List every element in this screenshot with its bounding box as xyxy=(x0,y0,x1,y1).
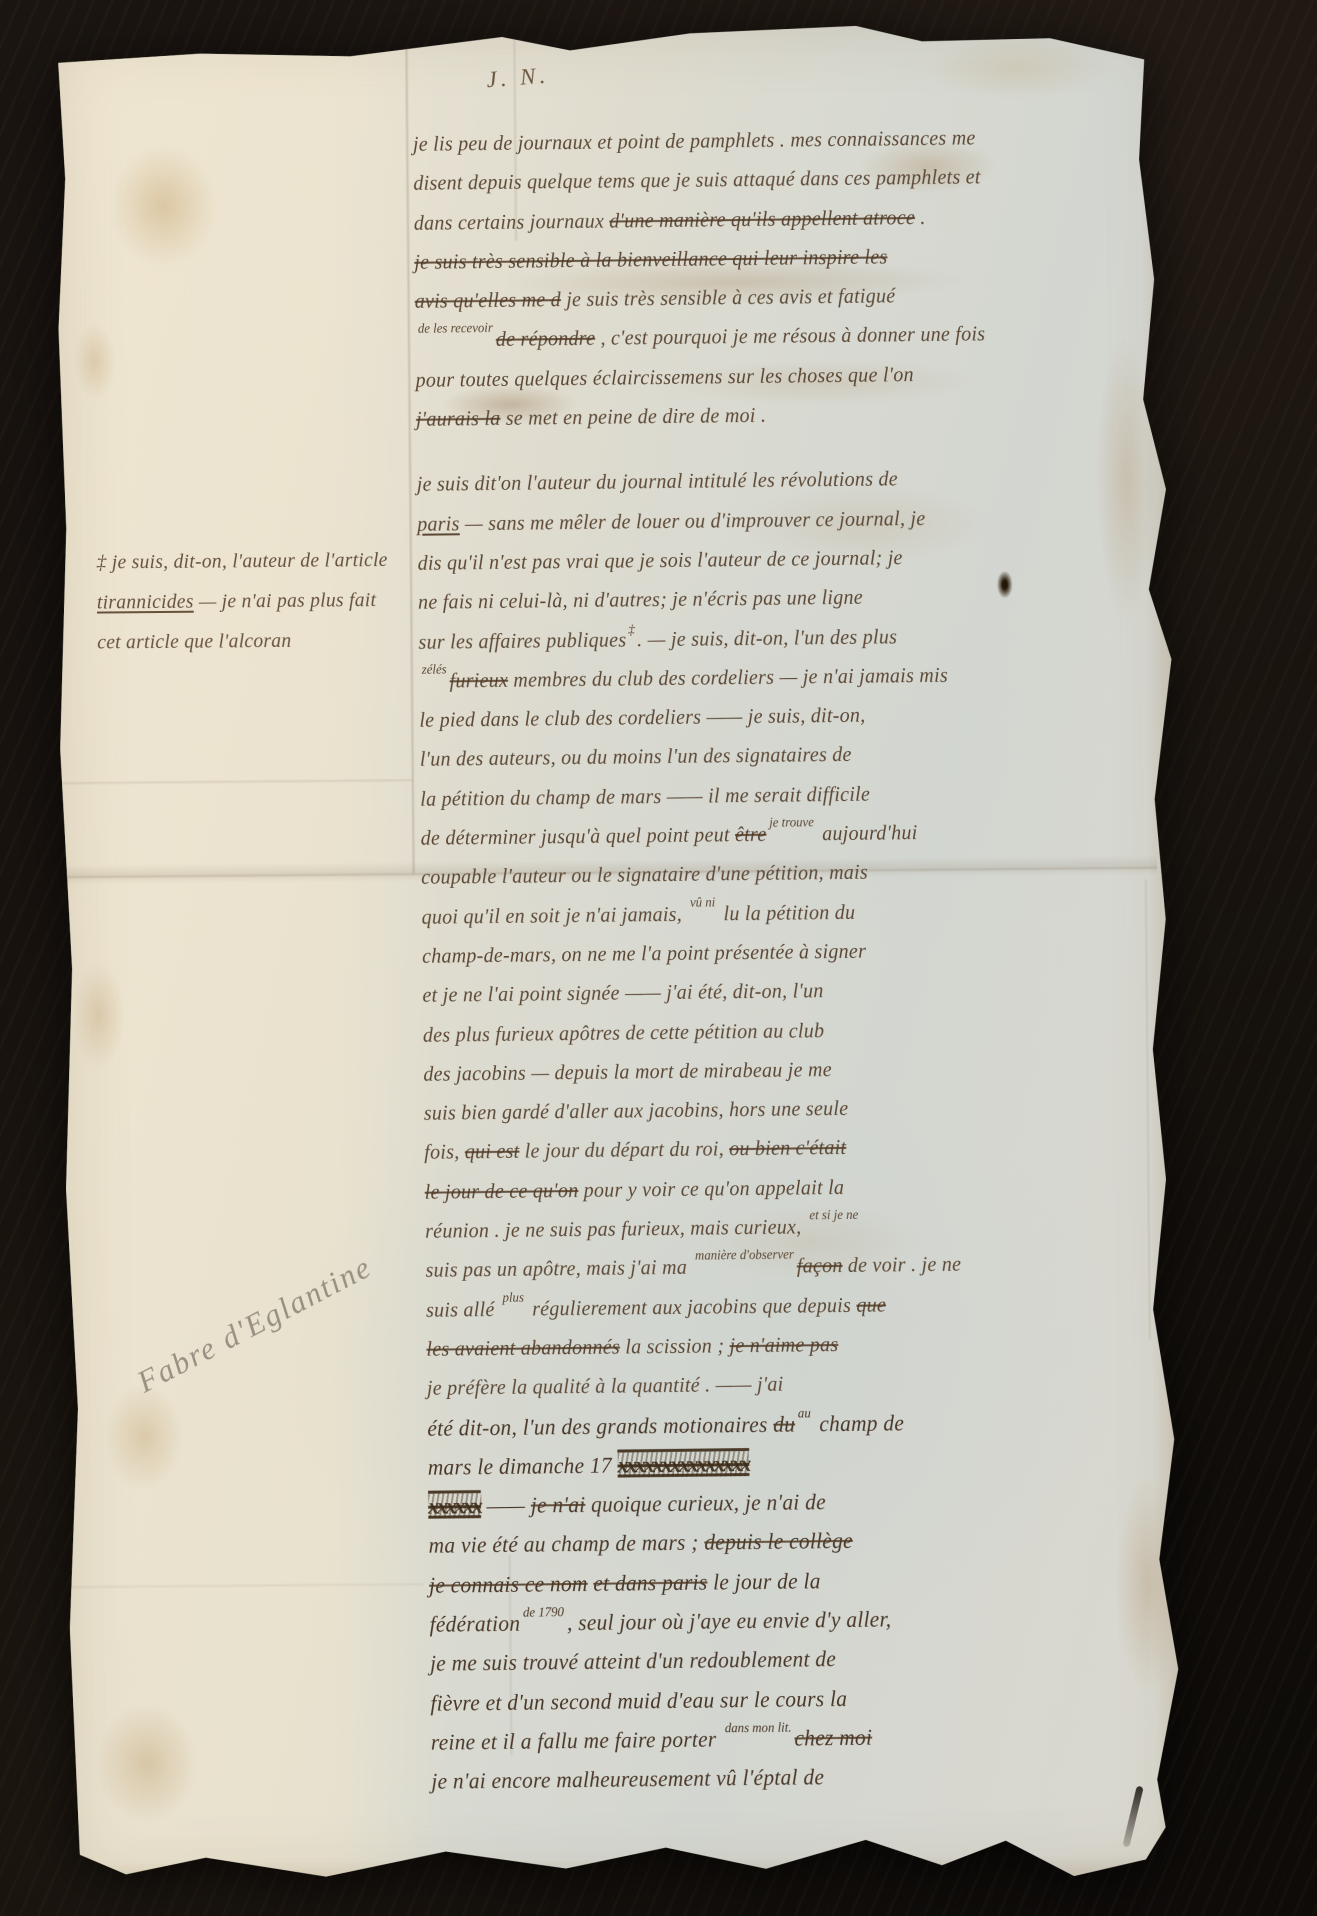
manuscript-line: le jour de ce qu'on pour y voir ce qu'on… xyxy=(425,1173,996,1219)
manuscript-line: tirannicides — je n'ai pas plus fait xyxy=(97,590,388,633)
text-segment: zélés xyxy=(422,661,447,677)
manuscript-line: mars le dimanche 17 xxxxxxxxxxxxxxx xyxy=(428,1448,999,1494)
text-segment: réunion . je ne suis pas furieux, mais c… xyxy=(425,1214,807,1242)
text-segment: furieux xyxy=(449,668,508,693)
manuscript-line: je lis peu de journaux et point de pamph… xyxy=(413,125,984,171)
header-initials: J. N. xyxy=(485,62,550,93)
text-segment: . — je suis, dit-on, l'un des plus xyxy=(637,624,897,651)
manuscript-line: des plus furieux apôtres de cette pétiti… xyxy=(423,1016,994,1062)
manuscript-line: les avaient abandonnés la scission ; je … xyxy=(426,1330,997,1376)
manuscript-line: je connais ce nom et dans paris le jour … xyxy=(429,1566,1000,1612)
text-segment: je n'aime pas xyxy=(729,1332,838,1357)
text-segment: vû ni xyxy=(690,894,715,910)
text-segment: manière d'observer xyxy=(695,1247,794,1264)
manuscript-line: je me suis trouvé atteint d'un redoublem… xyxy=(430,1644,1001,1690)
stain xyxy=(62,940,135,1091)
text-segment: façon xyxy=(797,1253,843,1278)
text-segment: xxxxxxxxxxxxxxx xyxy=(617,1451,749,1478)
text-segment: de déterminer jusqu'à quel point peut xyxy=(421,822,736,850)
manuscript-line: paris — sans me mêler de louer ou d'impr… xyxy=(417,505,988,551)
manuscript-line: je n'ai encore malheureusement vû l'épta… xyxy=(431,1762,1002,1808)
manuscript-line: ma vie été au champ de mars ; depuis le … xyxy=(429,1527,1000,1573)
manuscript-line: pour toutes quelques éclaircissemens sur… xyxy=(415,361,986,407)
text-segment: fédération xyxy=(429,1611,520,1637)
text-segment: — sans me mêler de louer ou d'improuver … xyxy=(460,506,926,535)
text-segment: le jour de la xyxy=(707,1568,821,1594)
manuscript-line: sur les affaires publiques‡. — je suis, … xyxy=(418,623,989,669)
text-segment: coupable l'auteur ou le signataire d'une… xyxy=(421,860,868,889)
fold-crease xyxy=(63,1582,423,1589)
text-segment: au xyxy=(798,1405,811,1421)
text-segment: je suis dit'on l'auteur du journal intit… xyxy=(417,467,898,497)
manuscript-line: la pétition du champ de mars —— il me se… xyxy=(420,780,991,826)
deckle-edge-shading xyxy=(66,1853,1191,1889)
text-segment: suis bien gardé d'aller aux jacobins, ho… xyxy=(424,1096,849,1125)
text-segment: dans certains journaux xyxy=(414,208,610,234)
text-segment: je n'ai encore malheureusement vû l'épta… xyxy=(431,1764,824,1794)
text-segment: cet article que l'alcoran xyxy=(97,631,291,654)
text-segment: quoi qu'il en soit je n'ai jamais, xyxy=(421,901,687,928)
text-segment: je préfère la qualité à la quantité . ——… xyxy=(427,1372,784,1400)
text-segment: mars le dimanche 17 xyxy=(428,1452,618,1479)
paper-tear xyxy=(1122,1786,1143,1848)
stain xyxy=(64,306,125,417)
manuscript-line: cet article que l'alcoran xyxy=(97,630,388,673)
stain xyxy=(76,1678,217,1849)
text-segment: disent depuis quelque tems que je suis a… xyxy=(413,165,981,196)
text-segment: je trouve xyxy=(769,814,814,831)
manuscript-line: suis allé plus régulierement aux jacobin… xyxy=(426,1291,997,1337)
text-segment: je lis peu de journaux et point de pamph… xyxy=(413,125,976,155)
stain xyxy=(1084,289,1167,670)
text-segment: et si je ne xyxy=(809,1207,858,1224)
text-segment: de voir . je ne xyxy=(842,1252,961,1277)
text-segment: sur les affaires publiques xyxy=(418,627,626,653)
manuscript-line: et je ne l'ai point signée —— j'ai été, … xyxy=(422,976,993,1022)
text-segment: le pied dans le club des cordeliers —— j… xyxy=(419,703,865,732)
text-segment: qui est xyxy=(465,1139,520,1164)
manuscript-line: je suis dit'on l'auteur du journal intit… xyxy=(417,466,988,512)
manuscript-line: été dit-on, l'un des grands motionaires … xyxy=(427,1409,998,1455)
text-segment: ou bien c'était xyxy=(729,1135,846,1160)
text-segment: l'un des auteurs, ou du moins l'un des s… xyxy=(420,742,852,771)
text-segment: j'aurais la xyxy=(416,406,501,431)
manuscript-line: le pied dans le club des cordeliers —— j… xyxy=(419,701,990,747)
text-segment: pour toutes quelques éclaircissemens sur… xyxy=(415,362,913,392)
text-segment: ne fais ni celui-là, ni d'autres; je n'é… xyxy=(418,585,863,614)
text-segment: fois, xyxy=(424,1140,465,1164)
text-segment: se met en peine de dire de moi . xyxy=(500,403,766,430)
text-segment: d'une manière qu'ils appellent atroce xyxy=(609,205,915,233)
manuscript-line: de les recevoirde répondre , c'est pourq… xyxy=(415,322,986,368)
manuscript-line: quoi qu'il en soit je n'ai jamais, vû ni… xyxy=(421,898,992,944)
text-segment: dis qu'il n'est pas vrai que je sois l'a… xyxy=(418,545,903,575)
text-segment: aujourd'hui xyxy=(817,820,918,845)
text-segment: , seul jour où j'aye eu envie d'y aller, xyxy=(567,1606,892,1635)
manuscript-line: avis qu'elles me d je suis très sensible… xyxy=(415,282,986,328)
ink-blot xyxy=(997,571,1013,599)
text-segment: des jacobins — depuis la mort de mirabea… xyxy=(423,1057,832,1086)
text-segment: et je ne l'ai point signée —— j'ai été, … xyxy=(422,978,823,1007)
text-segment: suis pas un apôtre, mais j'ai ma xyxy=(425,1255,692,1282)
manuscript-line: de déterminer jusqu'à quel point peut êt… xyxy=(421,819,992,865)
text-segment: du xyxy=(773,1411,795,1436)
text-segment: de 1790 xyxy=(523,1604,564,1620)
margin-note: ‡ je suis, dit-on, l'auteur de l'article… xyxy=(96,550,388,673)
text-segment: je n'ai xyxy=(531,1492,586,1518)
text-segment: que xyxy=(856,1292,886,1316)
manuscript-paper: J. N. ‡ je suis, dit-on, l'auteur de l'a… xyxy=(50,19,1191,1889)
manuscript-line: xxxxxx —— je n'ai quoique curieux, je n'… xyxy=(428,1487,999,1533)
text-segment: —— xyxy=(481,1493,531,1519)
fold-crease xyxy=(1143,879,1151,1339)
manuscript-line: ‡ je suis, dit-on, l'auteur de l'article xyxy=(96,550,387,593)
pencil-inscription: Fabre d'Eglantine xyxy=(131,1249,377,1401)
text-segment: ‡ xyxy=(628,623,635,639)
text-segment: suis allé xyxy=(426,1296,500,1321)
text-segment: des plus furieux apôtres de cette pétiti… xyxy=(423,1018,825,1047)
manuscript-line: je suis très sensible à la bienveillance… xyxy=(414,243,985,289)
text-segment: tirannicides xyxy=(97,592,194,614)
text-segment: avis qu'elles me d xyxy=(415,287,562,313)
text-segment: la scission ; xyxy=(620,1333,730,1358)
fold-crease xyxy=(56,778,412,785)
text-segment: plus xyxy=(502,1289,524,1305)
manuscript-text: je lis peu de journaux et point de pamph… xyxy=(413,125,1002,1808)
text-segment: membres du club des cordeliers — je n'ai… xyxy=(508,663,948,692)
text-segment: ‡ je suis, dit-on, l'auteur de l'article xyxy=(96,550,387,574)
text-segment: été dit-on, l'un des grands motionaires xyxy=(427,1411,773,1440)
manuscript-line: disent depuis quelque tems que je suis a… xyxy=(413,165,984,211)
stain xyxy=(88,120,239,291)
text-segment: être xyxy=(735,822,767,846)
text-segment: xxxxxx xyxy=(428,1493,481,1519)
text-segment: pour y voir ce qu'on appelait la xyxy=(578,1175,844,1202)
text-segment: et dans paris xyxy=(593,1569,707,1595)
text-segment: de les recevoir xyxy=(418,320,493,337)
manuscript-line: des jacobins — depuis la mort de mirabea… xyxy=(423,1055,994,1101)
text-segment: chez moi xyxy=(794,1724,872,1750)
deckle-edge-shading xyxy=(1141,19,1191,1879)
text-segment: je me suis trouvé atteint d'un redoublem… xyxy=(430,1646,836,1676)
paper-sheet: J. N. ‡ je suis, dit-on, l'auteur de l'a… xyxy=(50,19,1191,1889)
text-segment: je suis très sensible à ces avis et fati… xyxy=(561,283,896,311)
stain xyxy=(892,25,1143,111)
manuscript-line: fièvre et d'un second muid d'eau sur le … xyxy=(430,1684,1001,1730)
stain xyxy=(1102,1439,1195,1730)
text-segment: fièvre et d'un second muid d'eau sur le … xyxy=(430,1685,847,1715)
photograph-background: J. N. ‡ je suis, dit-on, l'auteur de l'a… xyxy=(0,0,1317,1916)
text-segment: le jour du départ du roi, xyxy=(519,1137,729,1163)
text-segment: reine et il a fallu me faire porter xyxy=(431,1726,723,1754)
text-segment: depuis le collège xyxy=(704,1528,853,1555)
text-segment: régulierement aux jacobins que depuis xyxy=(527,1292,857,1320)
manuscript-line: fédérationde 1790, seul jour où j'aye eu… xyxy=(429,1605,1000,1651)
manuscript-line: ne fais ni celui-là, ni d'autres; je n'é… xyxy=(418,583,989,629)
manuscript-line: je préfère la qualité à la quantité . ——… xyxy=(427,1369,998,1415)
text-segment: paris xyxy=(417,511,460,535)
text-segment: de répondre xyxy=(496,326,596,351)
text-segment: dans mon lit. xyxy=(725,1719,792,1736)
manuscript-line: zélésfurieux membres du club des cordeli… xyxy=(419,662,990,708)
text-segment: champ-de-mars, on ne me l'a point présen… xyxy=(422,939,866,968)
text-segment: lu la pétition du xyxy=(718,899,855,925)
text-segment: la pétition du champ de mars —— il me se… xyxy=(420,781,870,810)
manuscript-line: dans certains journaux d'une manière qu'… xyxy=(414,204,985,250)
manuscript-line: j'aurais la se met en peine de dire de m… xyxy=(416,400,987,446)
text-segment: champ de xyxy=(814,1410,905,1436)
text-segment: le jour de ce qu'on xyxy=(425,1178,579,1204)
manuscript-line: dis qu'il n'est pas vrai que je sois l'a… xyxy=(418,544,989,590)
manuscript-line: l'un des auteurs, ou du moins l'un des s… xyxy=(420,741,991,787)
text-segment: . xyxy=(915,204,926,228)
text-segment: quoique curieux, je n'ai de xyxy=(585,1489,826,1517)
text-segment: ma vie été au champ de mars ; xyxy=(429,1530,705,1558)
manuscript-line: suis bien gardé d'aller aux jacobins, ho… xyxy=(424,1094,995,1140)
manuscript-line: fois, qui est le jour du départ du roi, … xyxy=(424,1134,995,1180)
manuscript-line: reine et il a fallu me faire porter dans… xyxy=(431,1723,1002,1769)
text-segment: je suis très sensible à la bienveillance… xyxy=(414,244,887,273)
manuscript-line: champ-de-mars, on ne me l'a point présen… xyxy=(422,937,993,983)
text-segment: les avaient abandonnés xyxy=(426,1334,620,1360)
text-segment: , c'est pourquoi je me résous à donner u… xyxy=(595,322,985,350)
text-segment: — je n'ai pas plus fait xyxy=(194,590,377,613)
text-segment: je connais ce nom xyxy=(429,1571,588,1598)
